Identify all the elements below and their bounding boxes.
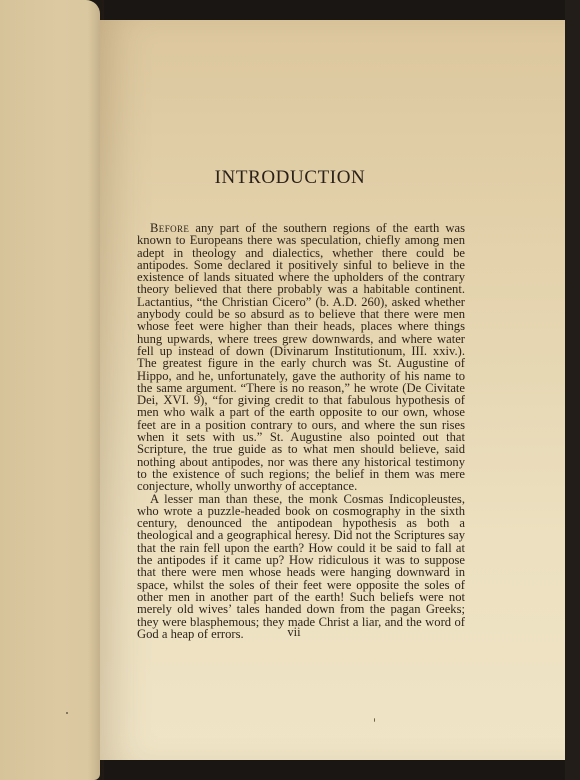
paper-speck: [66, 712, 68, 714]
background-edge: [565, 0, 580, 780]
paper-speck: [374, 718, 375, 722]
paragraph-1: Before any part of the southern regions …: [137, 222, 465, 493]
paragraph-1-text: any part of the southern regions of the …: [137, 221, 465, 493]
page-title: INTRODUCTION: [0, 167, 580, 189]
paragraph-2-text: A lesser man than these, the monk Cosmas…: [137, 492, 465, 641]
page-number: vii: [130, 625, 458, 640]
body-text: Before any part of the southern regions …: [137, 222, 465, 640]
paragraph-2: A lesser man than these, the monk Cosmas…: [137, 493, 465, 641]
opposite-page-edge: [0, 0, 100, 780]
